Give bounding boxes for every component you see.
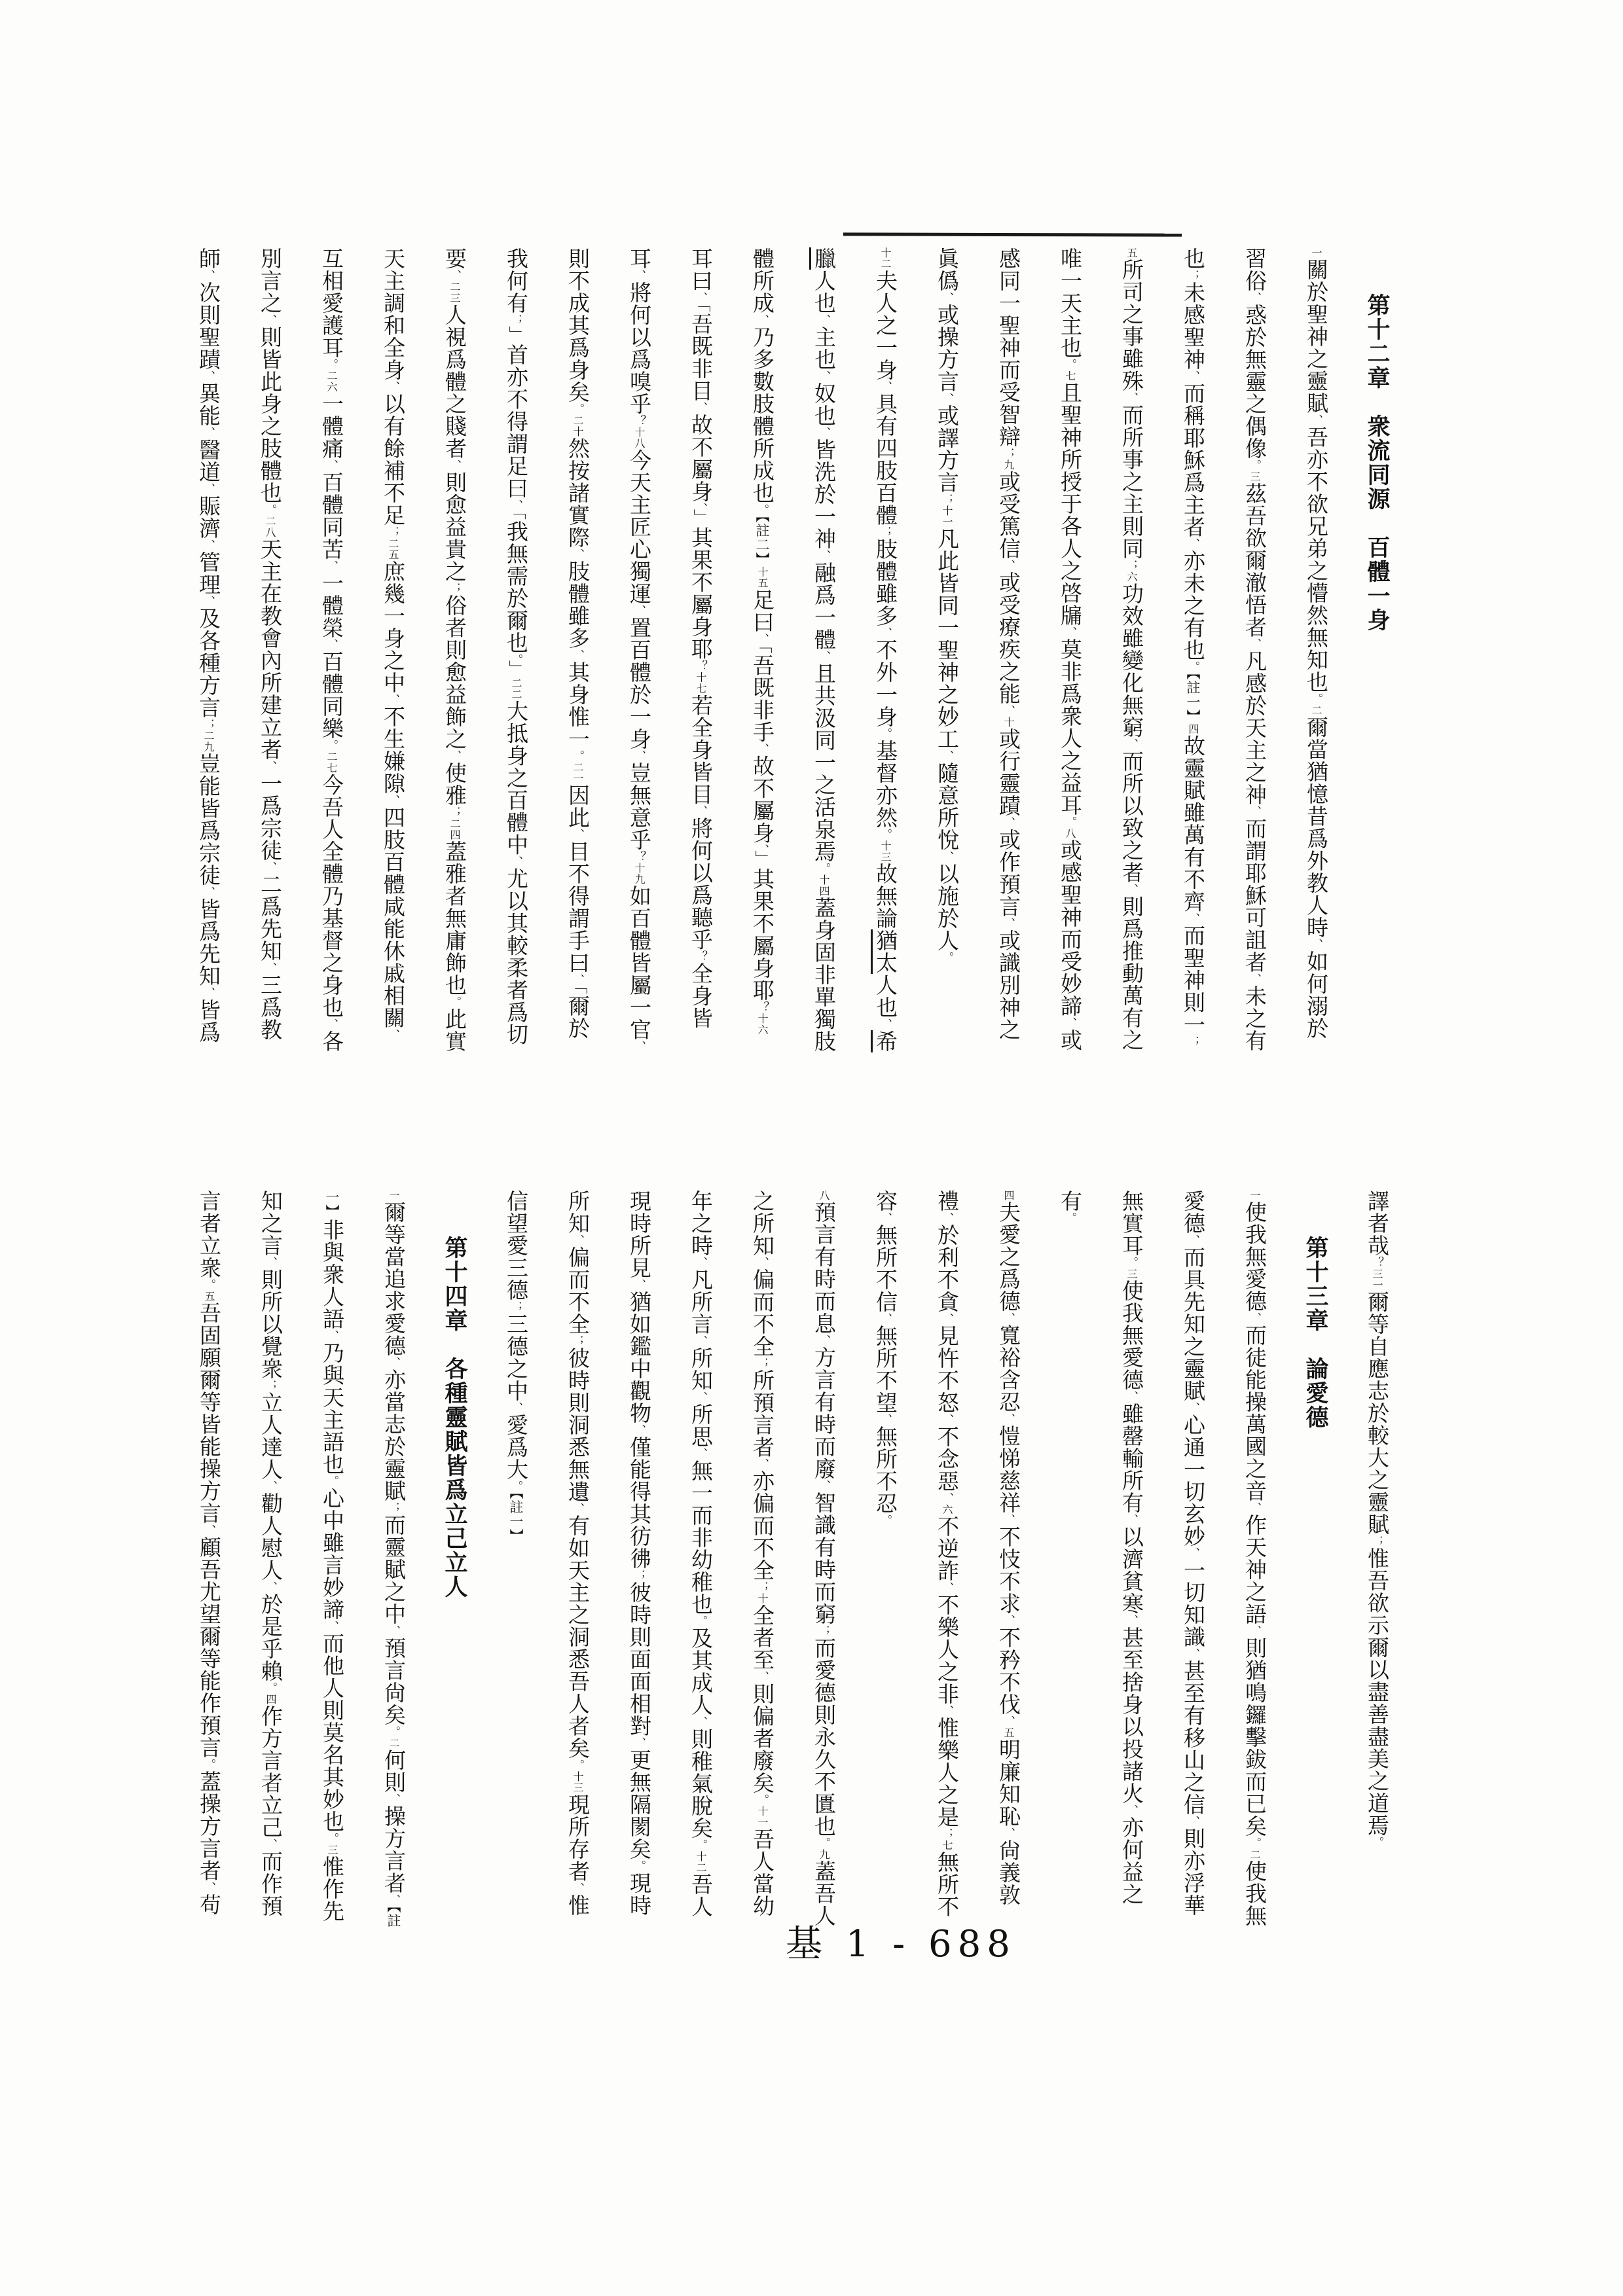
punctuation: 、 [202,427,215,439]
verse-number: 一 [1249,1190,1261,1201]
punctuation: 、 [694,503,707,509]
punctuation: ； [387,1502,400,1514]
punctuation: 。 [756,1794,769,1806]
punctuation: ？ [1370,1257,1383,1268]
verse-number: 二六 [325,370,338,393]
verse-number: 十 [756,1593,769,1604]
punctuation: 、 [632,750,646,762]
punctuation: 、 [264,1257,277,1268]
punctuation: 、 [940,292,953,304]
punctuation: 、 [1125,738,1138,750]
verse-number: 六 [941,1504,953,1515]
punctuation: 、 [387,1894,400,1906]
punctuation: 、 [325,639,338,651]
punctuation: 、 [386,694,399,706]
punctuation: 、 [509,856,522,868]
verse-number: 一 [1310,247,1322,259]
punctuation: 、 [879,627,892,639]
punctuation: 、 [448,459,461,471]
verse-number: 三 [1249,471,1261,482]
punctuation: 、 [694,1335,707,1347]
punctuation: 、 [509,1402,522,1414]
punctuation: 、 [756,1671,769,1683]
punctuation: 、 [1248,292,1261,304]
punctuation: 、 [1309,414,1322,426]
punctuation: ； [817,1625,830,1637]
verse-number: 十二 [695,1851,707,1873]
punctuation: 、 [694,1448,707,1460]
punctuation: 、 [571,1503,584,1515]
punctuation: 、 [325,1330,338,1342]
punctuation: ； [448,806,461,818]
verse-number: 九 [818,1849,830,1860]
text-register-bottom: 譯者哉？三一爾等自應志於較大之靈賦；惟吾欲示爾以盡善盡美之道焉。第十三章 論愛德… [196,1190,1408,1936]
punctuation: ？ [756,1001,769,1013]
punctuation: ； [509,1301,522,1313]
punctuation: 、 [879,381,892,393]
punctuation: 、 [632,1279,646,1291]
punctuation: 、 [940,393,953,404]
punctuation: ； [1186,270,1199,281]
punctuation: 「 [752,645,772,655]
note-reference: 【註一】 [324,1190,401,1928]
punctuation: ； [756,1357,769,1369]
verse-number: 二四 [448,818,461,840]
punctuation: 。 [1370,1837,1383,1848]
punctuation: 、 [632,1424,646,1436]
punctuation: 、 [694,1716,707,1728]
punctuation: 、 [879,1313,892,1325]
punctuation: 、 [202,987,215,999]
punctuation: 、 [632,270,646,281]
punctuation: 、 [1002,1615,1015,1626]
punctuation: 、 [1186,1234,1199,1246]
punctuation: 、 [1125,1804,1138,1816]
punctuation: 、 [571,829,584,840]
punctuation: 、 [202,886,215,898]
punctuation: 、 [1002,560,1015,571]
punctuation: 、 [1248,1312,1261,1324]
punctuation: 。 [325,740,338,751]
punctuation: ； [879,526,892,538]
punctuation: ； [1370,1535,1383,1547]
punctuation: 、 [694,1391,707,1403]
punctuation: ？ [694,951,707,963]
punctuation: 、 [571,1234,584,1246]
punctuation: 。 [817,1837,830,1849]
verse-number: 十八 [633,427,646,449]
punctuation: ； [571,1335,584,1347]
punctuation: 、 [387,1357,400,1369]
punctuation: 、 [202,1882,215,1893]
punctuation: 、 [386,381,399,393]
punctuation: 、 [817,314,830,326]
punctuation: ； [940,1828,953,1840]
punctuation: 、 [325,1018,338,1030]
punctuation: 」 [506,326,526,344]
scripture-paragraph: 十二夫人之一身、具有四肢百體；肢體雖多、不外一身。基督亦然。十三故無論猶太人也、… [196,247,916,1056]
punctuation: 。 [1063,816,1076,828]
verse-number: 十三 [572,1771,584,1793]
punctuation: 。 [817,863,830,874]
verse-number: 二 [388,1738,400,1749]
punctuation: 、 [1125,1391,1138,1403]
punctuation: 、 [817,370,830,382]
punctuation: 、 [386,1029,399,1041]
punctuation: 、 [756,844,769,851]
punctuation: 、 [1063,1017,1076,1029]
punctuation: 。 [325,359,338,370]
note-reference: 【註一】 [508,1492,524,1543]
verse-number: 十四 [818,874,830,897]
punctuation: 。 [756,504,769,516]
punctuation: ； [509,314,522,326]
note-reference: 【註一】 [1185,673,1201,724]
verse-number: 十一 [756,1806,769,1828]
scanned-page: 第十二章 衆流同源 百體一身一關於聖神之靈賦、吾亦不欲兄弟之懵然無知也。二爾當猶… [0,0,1623,2296]
punctuation: 」 [752,850,772,868]
verse-number: 二一 [572,762,584,784]
punctuation: 、 [571,649,584,661]
verse-number: 十六 [756,1013,769,1035]
punctuation: 、 [1186,538,1199,550]
punctuation: 。 [264,1682,277,1694]
punctuation: 、 [1248,973,1261,985]
verse-number: 八 [1064,828,1076,839]
punctuation: 。 [202,1279,215,1291]
punctuation: 、 [694,1257,707,1268]
punctuation: 、 [879,1414,892,1426]
punctuation: 、 [263,314,276,326]
punctuation: 、 [1248,638,1261,650]
verse-number: 一 [388,1190,400,1201]
punctuation: ？ [632,415,646,427]
punctuation: 、 [1125,884,1138,895]
punctuation: 、 [694,292,707,304]
punctuation: 、 [325,1621,338,1632]
punctuation: 、 [325,560,338,572]
punctuation: 、 [879,1212,892,1224]
punctuation: 、 [509,499,522,511]
punctuation: 。 [448,996,461,1008]
verse-number: 五 [1002,1727,1015,1738]
scripture-paragraph: 八預言有時而息、方言有時而廢、智識有時而窮；而愛德則永久不匱也。九蓋吾人之所知、… [485,1190,854,1936]
punctuation: 、 [756,634,769,645]
chapter-heading: 第十二章 衆流同源 百體一身 [1347,247,1408,1056]
scripture-paragraph: 一爾等當追求愛德、亦當志於靈賦；而靈賦之中、預言尙矣。二何則、操方言者、【註一】… [196,1190,424,1936]
punctuation: 、 [1186,913,1199,925]
punctuation: 。 [879,728,892,740]
text-register-top: 第十二章 衆流同源 百體一身一關於聖神之靈賦、吾亦不欲兄弟之懵然無知也。二爾當猶… [196,247,1408,1056]
chapter-heading: 第十四章 各種靈賦皆爲立己立人 [424,1190,485,1936]
punctuation: 、 [1186,1547,1199,1559]
punctuation: 、 [694,806,707,817]
punctuation: 、 [632,605,646,617]
punctuation: 、 [1248,1625,1261,1637]
punctuation: 、 [756,1458,769,1470]
punctuation: 」 [691,509,710,527]
punctuation: ； [448,583,461,594]
verse-number: 二八 [264,516,276,538]
punctuation: 、 [1002,705,1015,717]
punctuation: 、 [571,1882,584,1894]
punctuation: 、 [1002,1312,1015,1324]
verse-number: 二十 [572,415,584,437]
punctuation: 、 [571,974,584,986]
punctuation: 、 [387,1625,400,1637]
verse-number: 九 [1002,459,1015,471]
verse-number: 七 [1064,370,1076,382]
punctuation: 、 [1248,806,1261,817]
verse-number: 十二 [879,247,892,270]
punctuation: 、 [694,402,707,414]
punctuation: 、 [632,1737,646,1749]
verse-number: 五 [203,1291,215,1302]
punctuation: 、 [1186,1402,1199,1414]
punctuation: 、 [1248,1502,1261,1514]
punctuation: 、 [263,761,276,772]
punctuation: 。 [694,1839,707,1851]
punctuation: 、 [879,1018,892,1030]
punctuation: 、 [940,1414,953,1426]
verse-number: 十三 [879,840,892,863]
scripture-paragraph: 譯者哉？三一爾等自應志於較大之靈賦；惟吾欲示爾以盡善盡美之道焉。 [1346,1190,1408,1936]
verse-number: 八 [818,1190,830,1201]
punctuation: ； [632,1570,646,1581]
scripture-paragraph: 一關於聖神之靈賦、吾亦不欲兄弟之懵然無知也。二爾當猶憶昔爲外教人時、如何溺於習俗… [916,247,1347,1056]
punctuation: 。 [694,1615,707,1627]
punctuation: 、 [1125,1615,1138,1626]
verse-number: 四 [1002,1190,1015,1201]
verse-number: 十五 [756,567,769,589]
punctuation: 。 [202,1759,215,1770]
punctuation: 、 [940,750,953,762]
verse-number: 十 [1002,717,1015,728]
punctuation: 、 [202,483,215,495]
punctuation: 、 [817,550,830,562]
chapter-heading: 第十三章 論愛德 [1285,1190,1346,1936]
punctuation: ； [1125,560,1138,571]
punctuation: 、 [1309,939,1322,950]
punctuation: 、 [756,1257,769,1268]
punctuation: 、 [817,427,830,439]
punctuation: 、 [571,548,584,560]
punctuation: 。 [632,1860,646,1872]
verse-number: 二三 [448,281,461,304]
punctuation: 。 [325,1475,338,1487]
punctuation: 。 [571,403,584,415]
punctuation: 。 [940,952,953,963]
punctuation: 。 [879,1515,892,1526]
verse-number: 十七 [695,672,707,694]
verse-number: 二七 [325,751,338,774]
punctuation: ； [940,493,953,505]
verse-number: 十一 [941,505,953,528]
punctuation: ？ [632,851,646,863]
punctuation: 、 [756,744,769,755]
punctuation: 、 [940,1582,953,1594]
punctuation: 、 [1125,392,1138,404]
punctuation: 。 [509,654,522,660]
punctuation: 、 [387,1793,400,1805]
header-rule-artifact [843,232,1182,236]
punctuation: 、 [202,596,215,607]
punctuation: 、 [263,962,276,974]
punctuation: 、 [756,314,769,326]
punctuation: ？ [694,660,707,672]
verse-number: 三 [1125,1268,1138,1280]
punctuation: 、 [1002,1715,1015,1727]
punctuation: 。 [1248,1837,1261,1849]
verse-number: 七 [941,1840,953,1851]
scripture-paragraph: 一使我無愛德、而徒能操萬國之音、作天神之語、則猶鳴鑼擊鈸而已矣。二使我無愛德、而… [1039,1190,1285,1936]
verse-number: 三一 [1371,1268,1383,1291]
punctuation: 、 [817,651,830,662]
punctuation: 、 [940,1212,953,1224]
punctuation: ； [264,1380,277,1391]
punctuation: 、 [1002,1827,1015,1839]
punctuation: 、 [1186,370,1199,382]
punctuation: 。 [1309,693,1322,705]
verse-number: 六 [1125,571,1138,583]
verse-number: 三 [326,1844,338,1856]
punctuation: 。 [1125,1257,1138,1268]
punctuation: 、 [202,370,215,382]
punctuation: 、 [264,1480,277,1492]
punctuation: 「 [568,986,587,995]
punctuation: ； [756,1581,769,1593]
punctuation: 、 [263,861,276,873]
punctuation: 、 [940,851,953,863]
punctuation: 。 [263,504,276,516]
punctuation: 。 [1186,661,1199,673]
punctuation: 、 [1002,918,1015,929]
verse-number: 五 [1125,247,1138,259]
verse-number: 二五 [387,538,399,560]
punctuation: 、 [264,1581,277,1593]
page-number: 基 1 - 688 [786,1915,1016,1967]
punctuation: 。 [509,1480,522,1492]
punctuation: 。 [1063,359,1076,370]
punctuation: 、 [1002,1413,1015,1425]
punctuation: 。 [879,829,892,840]
punctuation: ； [386,526,399,538]
punctuation: 。 [571,750,584,762]
punctuation: 。 [571,1759,584,1771]
verse-number: 十九 [633,863,646,885]
punctuation: 、 [1125,1514,1138,1526]
note-reference: 【註二】 [754,516,770,567]
punctuation: 、 [940,1705,953,1717]
scripture-paragraph: 四夫愛之爲德、寬裕含忍、愷悌慈祥、不忮不求、不矜不伐、五明廉知恥、尙義敦禮、於利… [854,1190,1039,1936]
punctuation: 。 [325,1833,338,1844]
punctuation: 、 [1186,1648,1199,1660]
punctuation: ； [1002,448,1015,459]
punctuation: 、 [448,270,461,281]
punctuation: 、 [202,539,215,551]
verse-number: 四 [1187,724,1199,735]
punctuation: 、 [264,1839,277,1850]
punctuation: 、 [817,1335,830,1346]
verse-number: 二九 [202,730,215,753]
punctuation: 、 [1002,817,1015,829]
punctuation: 、 [325,459,338,471]
punctuation: 、 [940,1492,953,1504]
punctuation: ； [1186,1036,1199,1048]
punctuation: 、 [202,270,215,281]
verse-number: 四 [264,1694,277,1705]
punctuation: 「 [691,304,710,313]
punctuation: 、 [386,795,399,806]
proper-noun: 猶太 [871,929,898,974]
punctuation: 、 [202,1524,215,1536]
punctuation: 、 [448,750,461,762]
punctuation: 「 [506,511,526,520]
punctuation: 、 [1186,1816,1199,1827]
punctuation: 」 [506,660,526,678]
punctuation: 。 [1248,459,1261,471]
punctuation: ； [202,719,215,730]
punctuation: 、 [1063,626,1076,638]
punctuation: 、 [817,1480,830,1492]
verse-number: 二 [1249,1849,1261,1860]
verse-number: 二 [1310,705,1322,716]
punctuation: 。 [387,1726,400,1738]
punctuation: 。 [1063,1212,1076,1224]
punctuation: 、 [632,1041,646,1052]
verse-number: 二二 [510,678,522,700]
punctuation: 、 [1002,1514,1015,1526]
punctuation: 、 [940,1313,953,1325]
